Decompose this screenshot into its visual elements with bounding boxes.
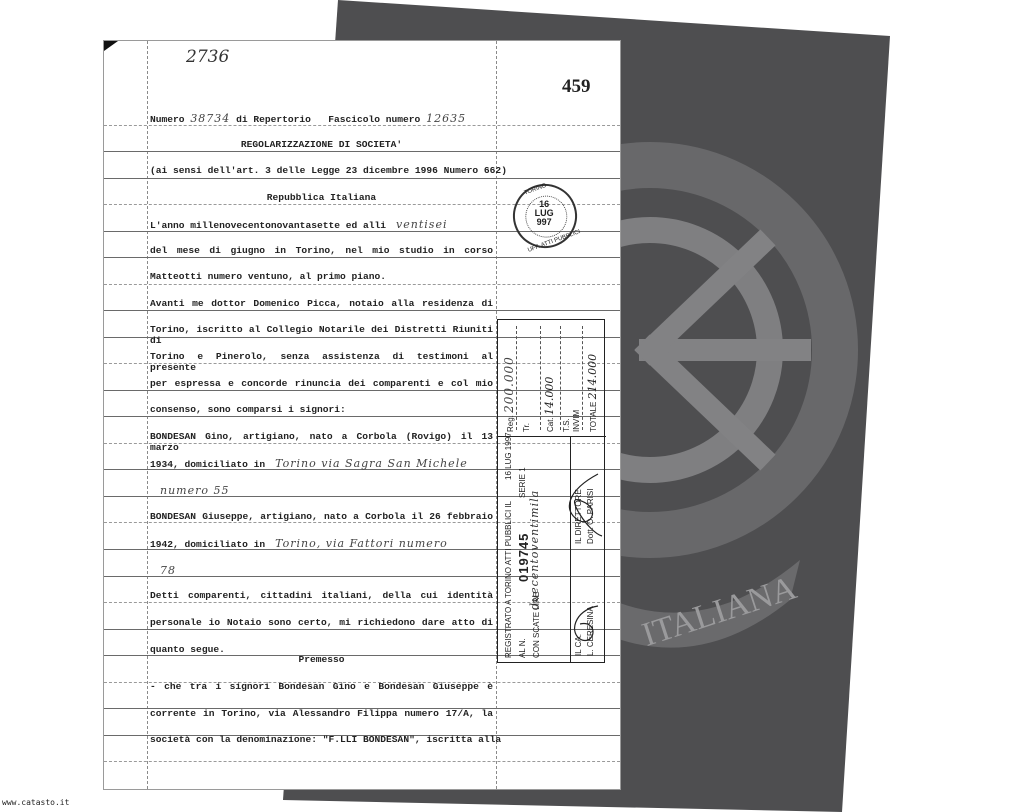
date-stamp: TORINO 16 LUG 997 UFF. ATTI PUBBLICI [504,175,586,257]
ruled-line [104,257,620,258]
serie-label: SERIE 1 [518,467,527,498]
fee-reg: Reg. 200.000 [502,356,516,432]
premesso-line: corrente in Torino, via Alessandro Filip… [150,708,493,719]
typed-text: Detti comparenti, cittadini italiani, de… [150,590,493,601]
repertorio-line: Numero 38734 di Repertorio Fascicolo num… [150,112,493,125]
typed-text: BONDESAN Gino, artigiano, nato a Corbola… [150,431,493,453]
body-line: numero 55 [150,484,493,497]
handwritten-text: Torino, via Fattori numero [275,537,448,550]
body-line: 78 [150,564,493,577]
premesso-line: - che tra i signori Bondesan Gino e Bond… [150,681,493,692]
fascicolo-value: 12635 [426,112,466,125]
typed-text: consenso, sono comparsi i signori: [150,404,346,415]
ruled-line [104,310,620,311]
ruled-line [104,178,620,179]
con-value: duecentoventimila [528,490,541,610]
handwritten-reference: 2736 [186,47,229,67]
typed-text: Torino, iscritto al Collegio Notarile de… [150,324,493,346]
document-title: REGOLARIZZAZIONE DI SOCIETA' [150,139,493,150]
typed-text: personale io Notaio sono certo, mi richi… [150,617,493,628]
body-line: BONDESAN Giuseppe, artigiano, nato a Cor… [150,511,493,522]
registration-date: 16 LUG 1997 [504,432,513,480]
typed-text: quanto segue. [150,644,225,655]
registration-stamp: Reg. 200.000 Tr. Cat. 14.000 T.S. INVIM … [497,319,605,663]
numero-label: Numero [150,114,185,125]
body-line: 1934, domiciliato inTorino via Sagra San… [150,457,493,470]
section-heading: Premesso [150,654,493,665]
body-line: Torino, iscritto al Collegio Notarile de… [150,324,493,346]
registered-at-label: REGISTRATO A TORINO ATTI PUBBLICI IL [504,501,513,658]
scanned-document-page: 2736 459 Numero 38734 di Repertorio Fasc… [103,40,621,790]
typed-text: BONDESAN Giuseppe, artigiano, nato a Cor… [150,511,493,522]
body-line: Torino e Pinerolo, senza assistenza di t… [150,351,493,373]
typed-text: per espressa e concorde rinuncia dei com… [150,378,493,389]
body-line: Detti comparenti, cittadini italiani, de… [150,590,493,601]
body-line: 1942, domiciliato inTorino, via Fattori … [150,537,493,550]
typed-text: Matteotti numero ventuno, al primo piano… [150,271,386,282]
fee-tr: Tr. [522,423,531,432]
typed-text: L'anno millenovecentonovantasette ed all… [150,220,386,231]
fees-box: Reg. 200.000 Tr. Cat. 14.000 T.S. INVIM … [498,320,606,437]
body-line: consenso, sono comparsi i signori: [150,404,493,415]
ruled-line [104,125,620,126]
signature-icon [558,470,606,540]
numero-value: 38734 [190,112,230,125]
typed-text: del mese di giugno in Torino, nel mio st… [150,245,493,256]
site-watermark: www.catasto.it [2,798,69,807]
fee-totale: TOTALE 214.000 [586,354,599,432]
body-line: del mese di giugno in Torino, nel mio st… [150,245,493,256]
stamp-date: 16 LUG 997 [514,200,574,227]
legal-reference: (ai sensi dell'art. 3 delle Legge 23 dic… [150,165,493,176]
handwritten-text: 78 [160,564,176,577]
signature-icon [568,600,604,650]
typed-text: 1934, domiciliato in [150,459,265,470]
handwritten-text: numero 55 [160,484,229,497]
body-line: Avanti me dottor Domenico Picca, notaio … [150,298,493,309]
fee-ts: T.S. [562,418,571,432]
repertorio-label: di Repertorio [236,114,311,125]
ruled-line [104,284,620,285]
body-line: L'anno millenovecentonovantasette ed all… [150,218,493,231]
handwritten-text: Torino via Sagra San Michele [275,457,468,470]
handwritten-text: ventisei [396,218,447,231]
typed-text: 1942, domiciliato in [150,539,265,550]
body-line: personale io Notaio sono certo, mi richi… [150,617,493,628]
body-line: Matteotti numero ventuno, al primo piano… [150,271,493,282]
ruled-line [104,151,620,152]
left-margin-rule [147,41,148,789]
body-line: quanto segue. [150,644,493,655]
ruled-line [104,761,620,762]
typed-text: Avanti me dottor Domenico Picca, notaio … [150,298,493,309]
premesso-line: società con la denominazione: "F.LLI BON… [150,734,493,745]
body-line: BONDESAN Gino, artigiano, nato a Corbola… [150,431,493,453]
al-n-label: AL N. [518,638,527,658]
fee-invim: INVIM [572,410,581,432]
page-number: 459 [562,76,591,98]
typed-text: Torino e Pinerolo, senza assistenza di t… [150,351,493,373]
body-line: per espressa e concorde rinuncia dei com… [150,378,493,389]
fee-cat: Cat. 14.000 [543,377,556,432]
republic-heading: Repubblica Italiana [150,192,493,203]
stamp-year: 997 [514,218,574,227]
fascicolo-label: Fascicolo numero [328,114,420,125]
corner-mark [104,41,118,51]
